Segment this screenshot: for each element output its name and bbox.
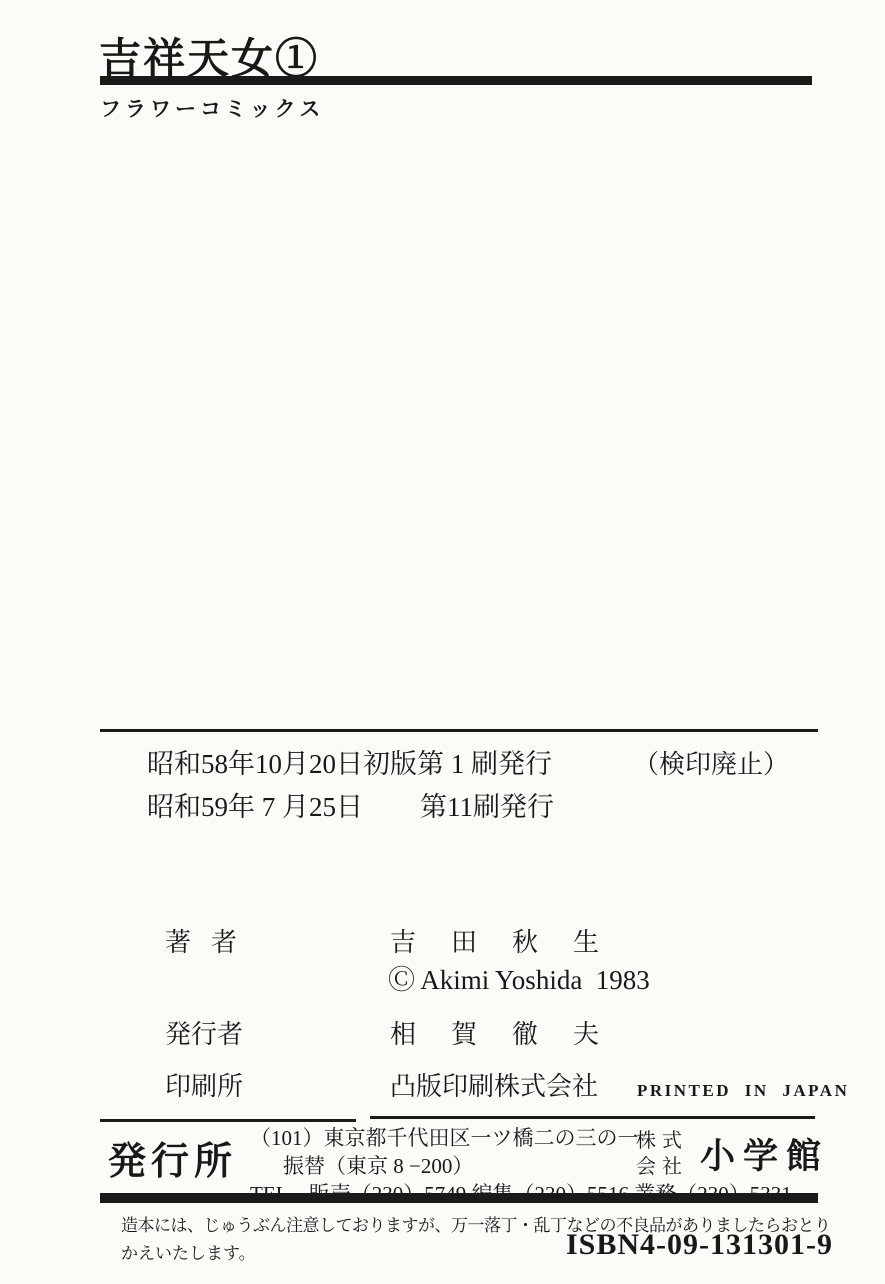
current-printing-label: 第11刷発行	[420, 785, 554, 824]
first-edition-line: 昭和58年10月20日初版第 1 刷発行	[147, 742, 552, 781]
printer-name: 凸版印刷株式会社	[390, 1066, 598, 1103]
office-postal-transfer: 振替（東京 8 −200）	[283, 1150, 473, 1180]
office-address: （101）東京都千代田区一ツ橋二の三の一	[250, 1122, 639, 1152]
printer-label: 印刷所	[165, 1066, 243, 1103]
publishing-office-label: 発行所	[108, 1130, 237, 1185]
company-name: 小学館	[700, 1129, 829, 1179]
office-rule-right-segment	[370, 1116, 815, 1119]
colophon-page: 吉祥天女① フラワーコミックス 昭和58年10月20日初版第 1 刷発行 （検印…	[0, 0, 885, 1284]
inspection-seal-note: （検印廃止）	[633, 744, 789, 781]
copyright-line: Ⓒ Akimi Yoshida 1983	[388, 958, 650, 997]
footer-divider-bar	[100, 1193, 818, 1203]
author-name: 吉田秋生	[390, 922, 634, 959]
company-type-line1: 株式	[636, 1124, 688, 1153]
editions-top-rule	[100, 729, 818, 732]
publisher-name: 相賀徹夫	[390, 1014, 634, 1051]
title-underline-bar	[100, 76, 812, 85]
defect-notice-line2: かえいたします。	[121, 1239, 256, 1264]
publisher-label: 発行者	[165, 1014, 243, 1051]
author-label: 著者	[165, 922, 257, 959]
current-printing-date: 昭和59年 7 月25日	[147, 785, 363, 824]
isbn-number: ISBN4-09-131301-9	[566, 1228, 833, 1262]
company-type-line2: 会社	[636, 1150, 688, 1179]
series-label: フラワーコミックス	[100, 93, 324, 123]
printed-in-japan-label: PRINTED IN JAPAN	[637, 1081, 849, 1101]
